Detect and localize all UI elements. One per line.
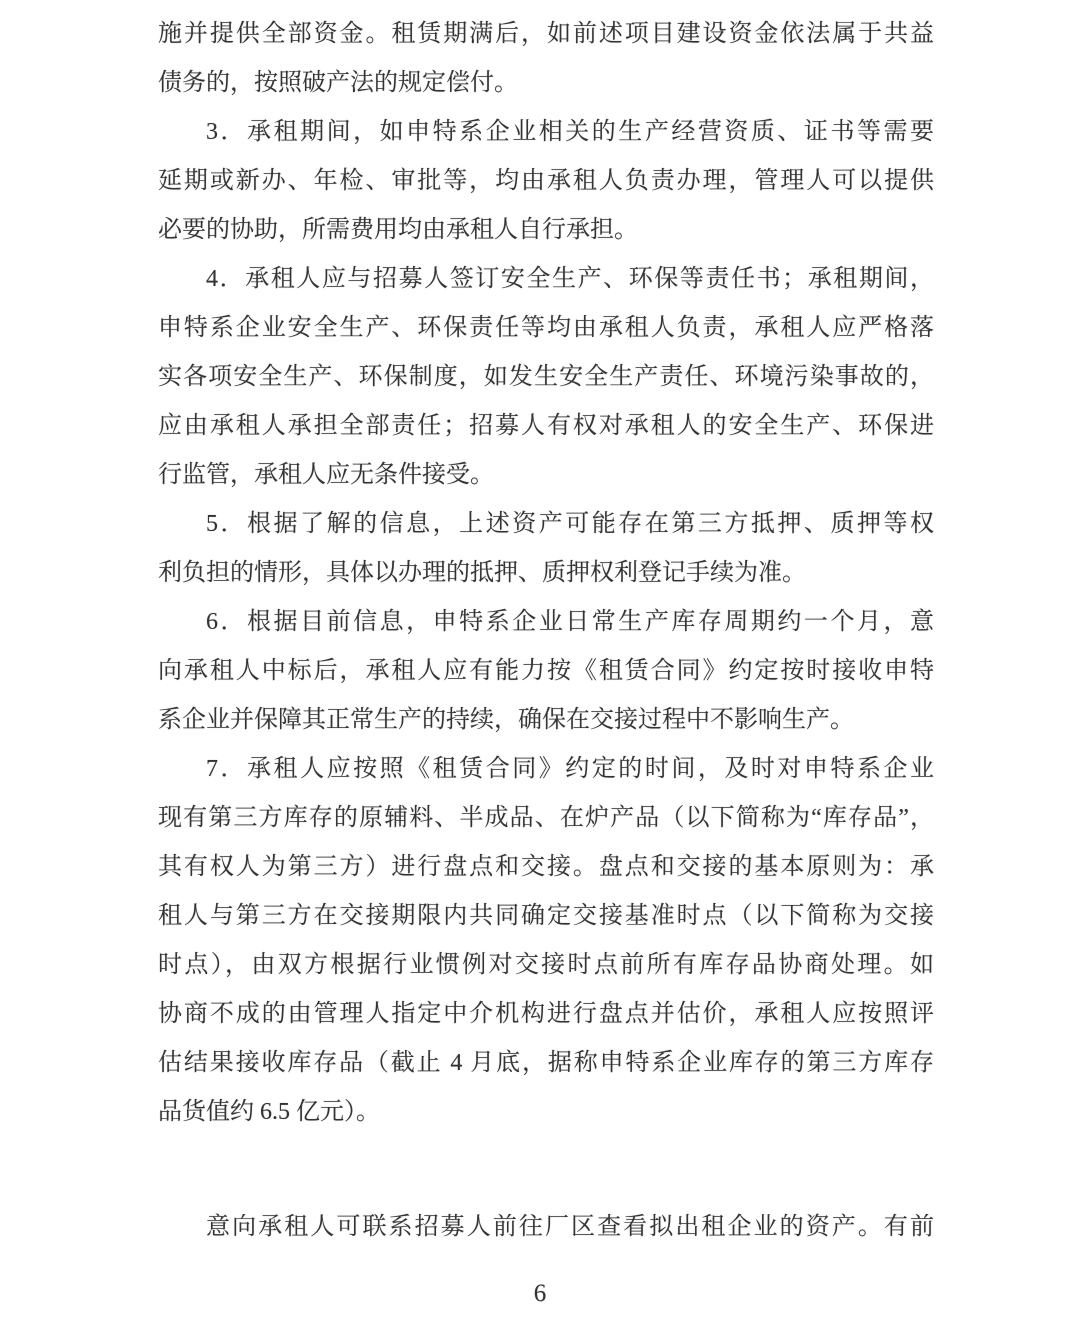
text-line: 向承租人中标后，承租人应有能力按《租赁合同》约定按时接收申特 [158,647,934,696]
paragraph: 3．承租期间，如申特系企业相关的生产经营资质、证书等需要延期或新办、年检、审批等… [158,108,934,255]
text-line: 应由承租人承担全部责任；招募人有权对承租人的安全生产、环保进 [158,402,934,451]
paragraph: 意向承租人可联系招募人前往厂区查看拟出租企业的资产。有前 [158,1203,934,1252]
text-line: 租人与第三方在交接期限内共同确定交接基准时点（以下简称为交接 [158,892,934,941]
text-line: 行监管，承租人应无条件接受。 [158,451,934,500]
document-page: 施并提供全部资金。租赁期满后，如前述项目建设资金依法属于共益债务的，按照破产法的… [0,0,1080,1331]
paragraph: 4．承租人应与招募人签订安全生产、环保等责任书；承租期间，申特系企业安全生产、环… [158,255,934,500]
paragraph: 6．根据目前信息，申特系企业日常生产库存周期约一个月，意向承租人中标后，承租人应… [158,598,934,745]
text-line: 利负担的情形，具体以办理的抵押、质押权利登记手续为准。 [158,549,934,598]
text-line: 品货值约 6.5 亿元）。 [158,1088,934,1137]
text-line: 7．承租人应按照《租赁合同》约定的时间，及时对申特系企业 [158,745,934,794]
text-line: 申特系企业安全生产、环保责任等均由承租人负责，承租人应严格落 [158,304,934,353]
paragraph: 7．承租人应按照《租赁合同》约定的时间，及时对申特系企业现有第三方库存的原辅料、… [158,745,934,1137]
text-line: 延期或新办、年检、审批等，均由承租人负责办理，管理人可以提供 [158,157,934,206]
text-line: 现有第三方库存的原辅料、半成品、在炉产品（以下简称为“库存品”， [158,794,934,843]
text-line: 时点），由双方根据行业惯例对交接时点前所有库存品协商处理。如 [158,941,934,990]
text-line: 4．承租人应与招募人签订安全生产、环保等责任书；承租期间， [158,255,934,304]
text-line: 5．根据了解的信息，上述资产可能存在第三方抵押、质押等权 [158,500,934,549]
text-line: 债务的，按照破产法的规定偿付。 [158,59,934,108]
text-line: 系企业并保障其正常生产的持续，确保在交接过程中不影响生产。 [158,696,934,745]
text-line: 其有权人为第三方）进行盘点和交接。盘点和交接的基本原则为：承 [158,843,934,892]
text-line: 施并提供全部资金。租赁期满后，如前述项目建设资金依法属于共益 [158,10,934,59]
page-number: 6 [0,1280,1080,1308]
text-line: 估结果接收库存品（截止 4 月底，据称申特系企业库存的第三方库存 [158,1039,934,1088]
text-line: 6．根据目前信息，申特系企业日常生产库存周期约一个月，意 [158,598,934,647]
paragraph: 5．根据了解的信息，上述资产可能存在第三方抵押、质押等权利负担的情形，具体以办理… [158,500,934,598]
text-line: 3．承租期间，如申特系企业相关的生产经营资质、证书等需要 [158,108,934,157]
text-line: 实各项安全生产、环保制度，如发生安全生产责任、环境污染事故的， [158,353,934,402]
text-line: 意向承租人可联系招募人前往厂区查看拟出租企业的资产。有前 [158,1203,934,1252]
text-line: 协商不成的由管理人指定中介机构进行盘点并估价，承租人应按照评 [158,990,934,1039]
text-line: 必要的协助，所需费用均由承租人自行承担。 [158,206,934,255]
paragraph: 施并提供全部资金。租赁期满后，如前述项目建设资金依法属于共益债务的，按照破产法的… [158,10,934,108]
document-body: 施并提供全部资金。租赁期满后，如前述项目建设资金依法属于共益债务的，按照破产法的… [158,10,934,1252]
